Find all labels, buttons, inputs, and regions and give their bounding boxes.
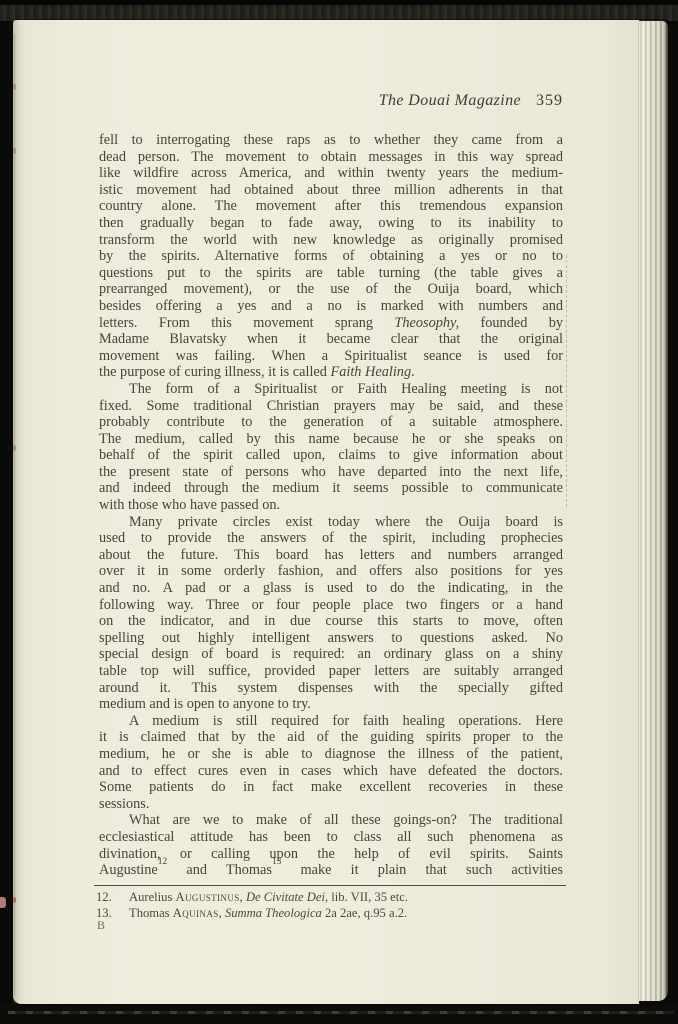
text-line: letters. From this movement sprang Theos… xyxy=(99,315,563,332)
text-line: following way. Three or four people plac… xyxy=(99,597,563,614)
book-page: The Douai Magazine359 fell to interrogat… xyxy=(13,20,668,1004)
text-line: What are we to make of all these goings-… xyxy=(99,812,563,829)
text-line: spelling out highly intelligent answers … xyxy=(99,630,563,647)
body-text-column: fell to interrogating these raps as to w… xyxy=(99,132,563,879)
text-line: the present state of persons who have de… xyxy=(99,464,563,481)
text-line: transform the world with new knowledge a… xyxy=(99,232,563,249)
footnote-number: 12. xyxy=(96,889,129,905)
text-line: behalf of the spirit called upon, claims… xyxy=(99,447,563,464)
scan-artifact-pink-mark xyxy=(0,897,6,908)
text-line: about the future. This board has letters… xyxy=(99,547,563,564)
text-line: over it in some orderly fashion, and off… xyxy=(99,563,563,580)
text-line: dead person. The movement to obtain mess… xyxy=(99,149,563,166)
text-line: it is claimed that by the aid of the gui… xyxy=(99,729,563,746)
binding-stitch-mark xyxy=(13,445,16,451)
text-line: A medium is still required for faith hea… xyxy=(99,713,563,730)
text-line: ecclesiastical attitude has been to clas… xyxy=(99,829,563,846)
journal-title: The Douai Magazine xyxy=(379,92,521,109)
text-line: divination, or calling upon the help of … xyxy=(99,846,563,863)
text-line: fixed. Some traditional Christian prayer… xyxy=(99,398,563,415)
italic-text: Theosophy, xyxy=(394,315,459,331)
text-line: like wildfire across America, and within… xyxy=(99,165,563,182)
scan-artifact-dotted-line xyxy=(566,255,567,507)
text-line: and indeed through the medium it seems p… xyxy=(99,480,563,497)
text-line: Many private circles exist today where t… xyxy=(99,514,563,531)
paragraph: A medium is still required for faith hea… xyxy=(99,713,563,813)
paragraph: Many private circles exist today where t… xyxy=(99,514,563,713)
footnote: 12.Aurelius Augustinus, De Civitate Dei,… xyxy=(96,889,566,905)
text-line: medium, he or she is able to diagnose th… xyxy=(99,746,563,763)
book-cover-bottom-band xyxy=(0,1003,678,1024)
footnote-reference: 13 xyxy=(272,857,281,867)
running-header: The Douai Magazine359 xyxy=(99,92,563,110)
footnote-reference: 12 xyxy=(158,857,167,867)
text-line: medium and is open to anyone to try. xyxy=(99,696,563,713)
footnote: 13.Thomas Aquinas, Summa Theologica 2a 2… xyxy=(96,905,566,921)
text-line: Augustine12 and Thomas13 make it plain t… xyxy=(99,862,563,879)
paragraph: fell to interrogating these raps as to w… xyxy=(99,132,563,381)
paragraph: The form of a Spiritualist or Faith Heal… xyxy=(99,381,563,514)
text-line: the purpose of curing illness, it is cal… xyxy=(99,364,563,381)
text-line: The medium, called by this name because … xyxy=(99,431,563,448)
book-scan-photo: The Douai Magazine359 fell to interrogat… xyxy=(0,0,678,1024)
text-line: then gradually began to fade away, owing… xyxy=(99,215,563,232)
italic-text: De Civitate Dei, xyxy=(246,890,328,904)
text-line: with those who have passed on. xyxy=(99,497,563,514)
page-surface: The Douai Magazine359 fell to interrogat… xyxy=(13,20,639,1004)
text-line: istic movement had obtained about three … xyxy=(99,182,563,199)
text-line: The form of a Spiritualist or Faith Heal… xyxy=(99,381,563,398)
text-line: and no. A pad or a glass is used to do t… xyxy=(99,580,563,597)
text-line: around it. This system dispenses with th… xyxy=(99,680,563,697)
page-edge-stack xyxy=(637,21,668,1001)
italic-text: Faith Healing xyxy=(330,364,411,380)
text-line: fell to interrogating these raps as to w… xyxy=(99,132,563,149)
text-line: sessions. xyxy=(99,796,563,813)
text-line: questions put to the spirits are table t… xyxy=(99,265,563,282)
binding-stitch-mark-red xyxy=(13,897,16,903)
text-line: country alone. The movement after this t… xyxy=(99,198,563,215)
text-line: by the spirits. Alternative forms of obt… xyxy=(99,248,563,265)
binding-stitch-mark xyxy=(13,148,16,154)
text-line: special design of board is required: an … xyxy=(99,646,563,663)
signature-mark: B xyxy=(97,918,105,933)
binding-stitch-mark xyxy=(13,84,16,90)
text-line: used to provide the answers of the spiri… xyxy=(99,530,563,547)
text-line: probably contribute to the generation of… xyxy=(99,414,563,431)
text-line: besides offering a yes and a no is marke… xyxy=(99,298,563,315)
text-line: movement was failing. When a Spiritualis… xyxy=(99,348,563,365)
page-number: 359 xyxy=(536,92,563,109)
footnotes-block: 12.Aurelius Augustinus, De Civitate Dei,… xyxy=(96,889,566,921)
text-line: Some patients do in fact make excellent … xyxy=(99,779,563,796)
italic-text: Summa Theologica xyxy=(225,906,322,920)
text-line: Madame Blavatsky when it became clear th… xyxy=(99,331,563,348)
text-line: on the indicator, and in due course this… xyxy=(99,613,563,630)
paragraph: What are we to make of all these goings-… xyxy=(99,812,563,878)
text-line: table top will suffice, provided paper l… xyxy=(99,663,563,680)
text-line: and to effect cures even in cases which … xyxy=(99,763,563,780)
footnote-rule xyxy=(94,885,566,886)
small-caps-text: Augustinus xyxy=(176,890,240,904)
small-caps-text: Aquinas xyxy=(173,906,219,920)
text-line: prearranged movement), or the use of the… xyxy=(99,281,563,298)
binding-crease-line xyxy=(14,34,15,996)
